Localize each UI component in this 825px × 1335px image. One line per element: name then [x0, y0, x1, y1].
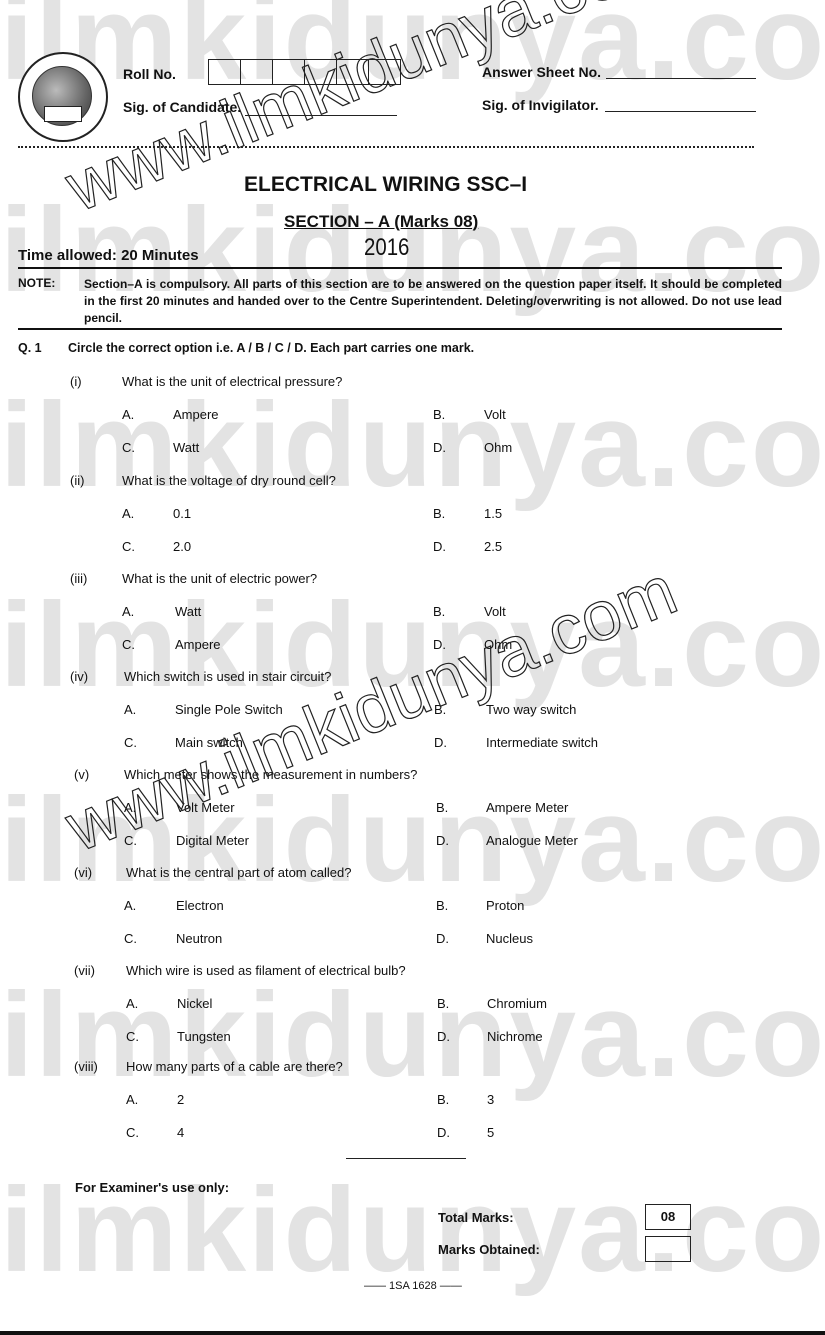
option-b[interactable]: B.Proton [436, 898, 696, 916]
option-letter: B. [433, 506, 445, 521]
option-letter: A. [126, 996, 138, 1011]
question-text: What is the unit of electrical pressure? [122, 374, 342, 389]
sig-invigilator-field[interactable] [605, 95, 756, 112]
option-b[interactable]: B.Volt [433, 407, 693, 425]
option-c[interactable]: C.4 [126, 1125, 386, 1143]
option-letter: D. [433, 440, 446, 455]
option-text: 2.0 [173, 539, 191, 554]
book-icon [44, 106, 82, 122]
part-number: (vii) [74, 963, 95, 978]
examiner-heading: For Examiner's use only: [75, 1180, 229, 1195]
option-text: Proton [486, 898, 524, 913]
option-letter: D. [433, 539, 446, 554]
option-letter: A. [124, 898, 136, 913]
option-text: Nickel [177, 996, 212, 1011]
question-number: Q. 1 [18, 341, 42, 355]
option-letter: C. [124, 735, 137, 750]
paper-code: —— 1SA 1628 —— [364, 1280, 462, 1292]
option-letter: D. [437, 1125, 450, 1140]
option-letter: C. [126, 1125, 139, 1140]
divider [18, 267, 782, 269]
option-c[interactable]: C.Watt [122, 440, 382, 458]
option-b[interactable]: B.Ampere Meter [436, 800, 696, 818]
part-number: (ii) [70, 473, 84, 488]
option-letter: C. [122, 637, 135, 652]
answer-sheet-label: Answer Sheet No. [482, 64, 601, 80]
option-c[interactable]: C.Tungsten [126, 1029, 386, 1047]
option-a[interactable]: A.Watt [122, 604, 382, 622]
option-a[interactable]: A.0.1 [122, 506, 382, 524]
option-letter: B. [433, 604, 445, 619]
option-text: Tungsten [177, 1029, 231, 1044]
marks-obtained-box[interactable] [645, 1236, 691, 1262]
option-letter: C. [124, 931, 137, 946]
option-text: Electron [176, 898, 224, 913]
option-b[interactable]: B.Chromium [437, 996, 697, 1014]
option-text: Ampere [175, 637, 221, 652]
option-letter: D. [436, 833, 449, 848]
option-letter: A. [126, 1092, 138, 1107]
option-letter: D. [434, 735, 447, 750]
option-text: Watt [173, 440, 199, 455]
part-number: (iv) [70, 669, 88, 684]
option-d[interactable]: D.Nichrome [437, 1029, 697, 1047]
question-text: How many parts of a cable are there? [126, 1059, 343, 1074]
question-text: What is the central part of atom called? [126, 865, 351, 880]
option-text: 2.5 [484, 539, 502, 554]
roll-no-label: Roll No. [123, 66, 176, 82]
page-edge [0, 1331, 825, 1335]
option-text: Ampere [173, 407, 219, 422]
total-marks-box: 08 [645, 1204, 691, 1230]
option-text: Neutron [176, 931, 222, 946]
option-d[interactable]: D.5 [437, 1125, 697, 1143]
question-text: What is the voltage of dry round cell? [122, 473, 336, 488]
option-a[interactable]: A.Nickel [126, 996, 386, 1014]
sig-invigilator-label: Sig. of Invigilator. [482, 97, 599, 113]
option-a[interactable]: A.2 [126, 1092, 386, 1110]
paper-title: ELECTRICAL WIRING SSC–I [244, 173, 527, 197]
option-text: 3 [487, 1092, 494, 1107]
time-allowed: Time allowed: 20 Minutes [18, 247, 199, 264]
option-text: 1.5 [484, 506, 502, 521]
option-text: Nucleus [486, 931, 533, 946]
part-number: (viii) [74, 1059, 98, 1074]
option-letter: A. [124, 702, 136, 717]
option-d[interactable]: D.Nucleus [436, 931, 696, 949]
option-letter: C. [122, 539, 135, 554]
note-text: Section–A is compulsory. All parts of th… [84, 276, 782, 327]
option-c[interactable]: C.Neutron [124, 931, 384, 949]
option-letter: B. [436, 800, 448, 815]
option-letter: A. [122, 506, 134, 521]
option-b[interactable]: B.3 [437, 1092, 697, 1110]
option-text: Intermediate switch [486, 735, 598, 750]
divider [18, 328, 782, 330]
end-line [346, 1158, 466, 1159]
option-text: Volt [484, 407, 506, 422]
option-a[interactable]: A.Electron [124, 898, 384, 916]
watermark-row: ilmkidunya.com [0, 975, 825, 1095]
marks-obtained-label: Marks Obtained: [438, 1242, 540, 1257]
question-instruction: Circle the correct option i.e. A / B / C… [68, 341, 474, 355]
option-d[interactable]: D.Intermediate switch [434, 735, 694, 753]
part-number: (i) [70, 374, 82, 389]
option-c[interactable]: C.Ampere [122, 637, 382, 655]
option-letter: C. [126, 1029, 139, 1044]
option-letter: B. [436, 898, 448, 913]
question-text: Which switch is used in stair circuit? [124, 669, 331, 684]
question-text: What is the unit of electric power? [122, 571, 317, 586]
option-letter: D. [437, 1029, 450, 1044]
option-text: Analogue Meter [486, 833, 578, 848]
option-text: Ampere Meter [486, 800, 568, 815]
option-text: 5 [487, 1125, 494, 1140]
exam-year: 2016 [364, 234, 409, 262]
option-text: Ohm [484, 440, 512, 455]
option-letter: B. [437, 996, 449, 1011]
option-text: 4 [177, 1125, 184, 1140]
option-text: Watt [175, 604, 201, 619]
option-a[interactable]: A.Ampere [122, 407, 382, 425]
option-c[interactable]: C.Digital Meter [124, 833, 384, 851]
answer-sheet-field[interactable] [606, 62, 756, 79]
part-number: (iii) [70, 571, 87, 586]
question-text: Which wire is used as filament of electr… [126, 963, 406, 978]
option-letter: B. [433, 407, 445, 422]
option-letter: C. [122, 440, 135, 455]
option-letter: B. [437, 1092, 449, 1107]
option-text: Nichrome [487, 1029, 543, 1044]
board-logo [18, 52, 108, 142]
total-marks-label: Total Marks: [438, 1210, 514, 1225]
option-letter: D. [436, 931, 449, 946]
option-b[interactable]: B.1.5 [433, 506, 693, 524]
option-text: Chromium [487, 996, 547, 1011]
option-text: Digital Meter [176, 833, 249, 848]
note-label: NOTE: [18, 276, 55, 290]
option-text: 2 [177, 1092, 184, 1107]
option-text: Two way switch [486, 702, 576, 717]
option-c[interactable]: C.2.0 [122, 539, 382, 557]
section-heading: SECTION – A (Marks 08) [284, 212, 478, 232]
option-d[interactable]: D.Ohm [433, 440, 693, 458]
option-letter: A. [122, 407, 134, 422]
part-number: (vi) [74, 865, 92, 880]
option-letter: A. [122, 604, 134, 619]
option-d[interactable]: D.Analogue Meter [436, 833, 696, 851]
option-text: 0.1 [173, 506, 191, 521]
